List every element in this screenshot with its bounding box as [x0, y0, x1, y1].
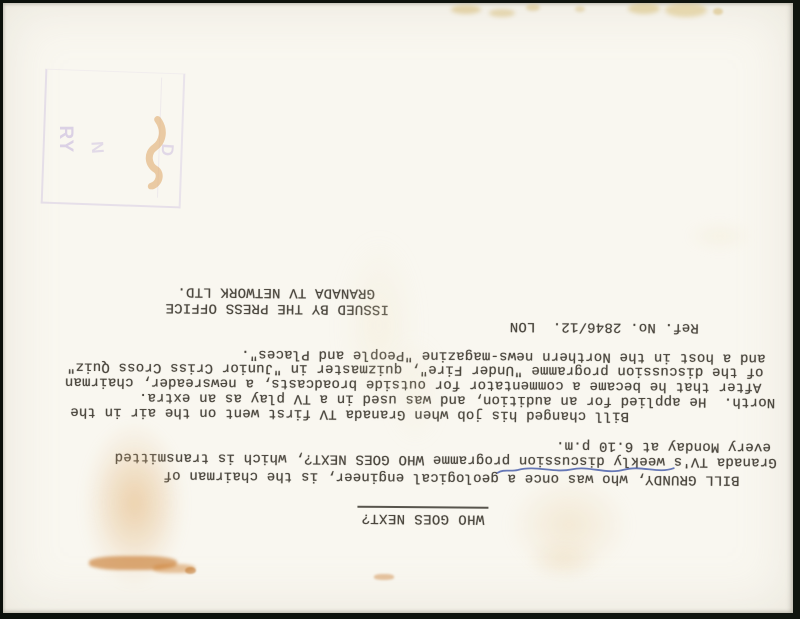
document-title: WHO GOES NEXT? [357, 506, 488, 526]
issued-by-line: ISSUED BY THE PRESS OFFICE [165, 299, 389, 316]
scanned-photo-frame: WHO GOES NEXT? BILL GRUNDY, who was once… [0, 0, 800, 619]
company-name-line: GRANADA TV NETWORK LTD. [177, 283, 375, 300]
typed-line-intro-3: every Monday at 6.10 p.m. [556, 437, 771, 454]
typed-document-upside-down: WHO GOES NEXT? BILL GRUNDY, who was once… [3, 3, 793, 613]
photo-back-paper: WHO GOES NEXT? BILL GRUNDY, who was once… [3, 3, 793, 613]
typed-line-body-5: and a host in the Northern news-magazine… [241, 346, 766, 365]
typed-line-intro-1: BILL GRUNDY, who was once a geological e… [163, 467, 739, 487]
reference-number-line: Ref. No. 2846/12. LON [510, 318, 699, 334]
